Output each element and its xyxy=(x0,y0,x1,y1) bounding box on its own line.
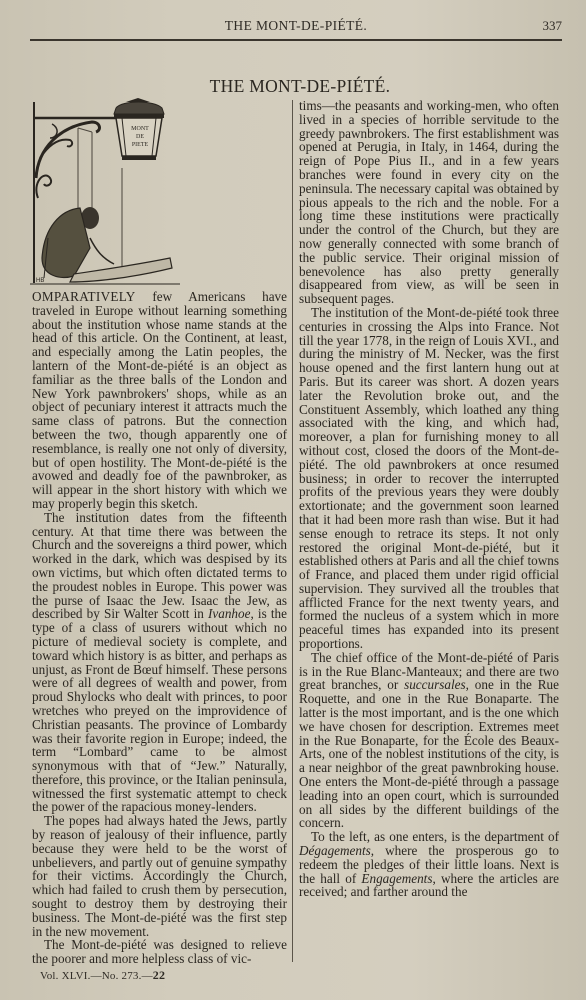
running-title: THE MONT-DE-PIÉTÉ. xyxy=(30,18,562,34)
term-degagements: Dégagements xyxy=(299,843,371,858)
lantern-dropcap-icon: MONT DE PIETE HB xyxy=(30,98,180,288)
paragraph-1-text: few Americans have traveled in Europe wi… xyxy=(32,289,287,511)
left-column: MONT DE PIETE HB OMPARATIVELY few Americ… xyxy=(32,99,287,966)
dropcap-illustration: MONT DE PIETE HB xyxy=(30,98,180,288)
signature-mark: 22 xyxy=(153,968,165,982)
page-number: 337 xyxy=(543,18,563,34)
paragraph-7: To the left, as one enters, is the depar… xyxy=(299,830,559,899)
running-head: THE MONT-DE-PIÉTÉ. 337 xyxy=(30,18,562,40)
first-word: OMPARATIVELY xyxy=(32,289,136,304)
paragraph-4: The Mont-de-piété was designed to reliev… xyxy=(32,938,287,966)
paragraph-6: The chief office of the Mont-de-piété of… xyxy=(299,651,559,830)
paragraph-2: The institution dates from the fifteenth… xyxy=(32,511,287,815)
paragraph-3: The popes had always hated the Jews, par… xyxy=(32,814,287,938)
lantern-text-line3: PIETE xyxy=(132,142,149,148)
paragraph-7-text-a: To the left, as one enters, is the depar… xyxy=(311,829,559,844)
term-succursales: succursales xyxy=(404,677,466,692)
article-title: THE MONT-DE-PIÉTÉ. xyxy=(200,76,400,97)
paragraph-6-text-b: , one in the Rue Roquette, and one in th… xyxy=(299,677,559,830)
header-rule xyxy=(30,39,562,41)
footer-signature-line: Vol. XLVI.—No. 273.—22 xyxy=(40,968,165,983)
paragraph-2-text-b: , is the type of a class of usurers with… xyxy=(32,606,287,814)
paragraph-4-continued: tims—the peasants and working-men, who o… xyxy=(299,99,559,306)
lantern-text-line1: MONT xyxy=(131,126,149,132)
illustrator-signature: HB xyxy=(36,278,44,284)
right-column: tims—the peasants and working-men, who o… xyxy=(299,99,559,899)
volume-info: Vol. XLVI.—No. 273.— xyxy=(40,970,153,982)
lantern-text-line2: DE xyxy=(136,134,144,140)
paragraph-5: The institution of the Mont-de-piété too… xyxy=(299,306,559,651)
term-engagements: Engagements xyxy=(361,871,432,886)
book-title-ivanhoe: Ivanhoe xyxy=(208,606,250,621)
column-divider xyxy=(292,100,293,962)
paragraph-2-text-a: The institution dates from the fifteenth… xyxy=(32,510,287,622)
